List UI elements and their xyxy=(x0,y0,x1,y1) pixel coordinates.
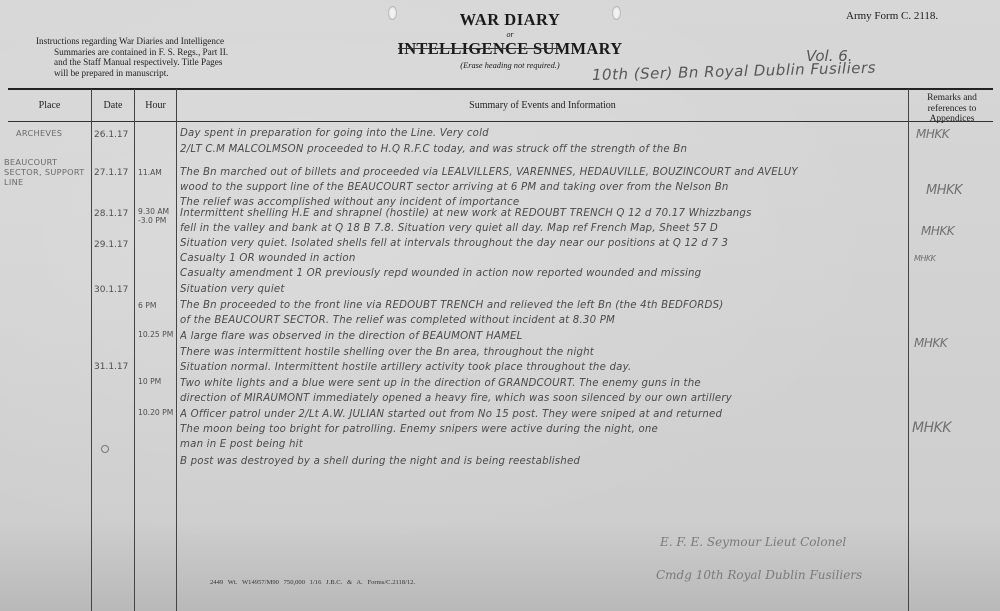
instructions-line: will be prepared in manuscript. xyxy=(36,68,272,79)
hour-entry: 10.25 PM xyxy=(138,331,176,340)
summary-line: Two white lights and a blue were sent up… xyxy=(180,378,902,389)
ink-mark xyxy=(101,445,109,453)
summary-line: A Officer patrol under 2/Lt A.W. JULIAN … xyxy=(180,409,902,420)
hour-entry: 6 PM xyxy=(138,302,176,311)
remark-initials: MHKK xyxy=(926,183,962,198)
column-divider xyxy=(91,89,92,611)
instructions-text: Instructions regarding War Diaries and I… xyxy=(36,36,272,78)
column-divider xyxy=(134,89,135,611)
column-header-date: Date xyxy=(92,100,134,111)
header-rule xyxy=(8,88,993,90)
remark-initials: MHKK xyxy=(912,420,951,436)
summary-line: Casualty amendment 1 OR previously repd … xyxy=(180,268,902,279)
date-entry: 29.1.17 xyxy=(94,240,134,250)
summary-line: Situation very quiet. Isolated shells fe… xyxy=(180,238,902,249)
column-header-hour: Hour xyxy=(135,100,176,111)
remark-initials: MHKK xyxy=(921,224,954,238)
date-entry: 26.1.17 xyxy=(94,130,134,140)
summary-line: The relief was accomplished without any … xyxy=(180,197,902,208)
form-title: WAR DIARY or INTELLIGENCE SUMMARY (Erase… xyxy=(370,10,650,70)
summary-line: Situation normal. Intermittent hostile a… xyxy=(180,362,902,373)
remark-initials: MHKK xyxy=(916,127,949,141)
summary-line: fell in the valley and bank at Q 18 B 7.… xyxy=(180,223,902,234)
strike-through xyxy=(398,48,561,49)
summary-line: Day spent in preparation for going into … xyxy=(180,128,902,139)
summary-line: Intermittent shelling H.E and shrapnel (… xyxy=(180,208,902,219)
summary-line: The moon being too bright for patrolling… xyxy=(180,424,902,435)
summary-line: of the BEAUCOURT SECTOR. The relief was … xyxy=(180,315,902,326)
hour-entry: 10 PM xyxy=(138,378,176,387)
date-entry: 27.1.17 xyxy=(94,168,134,178)
place-entry: BEAUCOURT SECTOR, SUPPORT LINE xyxy=(4,157,90,187)
hour-entry: 10.20 PM xyxy=(138,409,176,418)
summary-line: direction of MIRAUMONT immediately opene… xyxy=(180,393,902,404)
army-form-number: Army Form C. 2118. xyxy=(846,10,938,22)
summary-line: Casualty 1 OR wounded in action xyxy=(180,253,902,264)
column-header-remarks: Remarks and references to Appendices xyxy=(908,93,996,125)
signature-name: E. F. E. Seymour Lieut Colonel xyxy=(660,535,846,549)
war-diary-page: Instructions regarding War Diaries and I… xyxy=(0,0,1000,611)
column-header-rule xyxy=(8,121,993,122)
column-header-place: Place xyxy=(8,100,91,111)
summary-line: 2/LT C.M MALCOLMSON proceeded to H.Q R.F… xyxy=(180,144,902,155)
date-entry: 30.1.17 xyxy=(94,285,134,295)
title-war-diary: WAR DIARY xyxy=(370,10,650,30)
remark-initials: MHKK xyxy=(914,254,935,263)
column-header-summary: Summary of Events and Information xyxy=(177,100,908,111)
summary-line: man in E post being hit xyxy=(180,439,902,450)
hour-entry: 9.30 AM -3.0 PM xyxy=(138,208,174,225)
date-entry: 31.1.17 xyxy=(94,362,134,372)
column-divider xyxy=(176,89,177,611)
instructions-line: and the Staff Manual respectively. Title… xyxy=(36,57,272,68)
summary-line: B post was destroyed by a shell during t… xyxy=(180,456,902,467)
summary-line: Situation very quiet xyxy=(180,284,902,295)
instructions-line: Instructions regarding War Diaries and I… xyxy=(36,36,272,47)
instructions-line: Summaries are contained in F. S. Regs., … xyxy=(36,47,272,58)
hour-entry: 11.AM xyxy=(138,169,176,178)
remark-initials: MHKK xyxy=(914,336,947,350)
print-line: 2449 Wt. W14957/M90 750,000 1/16 J.B.C. … xyxy=(210,579,415,586)
summary-line: wood to the support line of the BEAUCOUR… xyxy=(180,182,902,193)
title-or: or xyxy=(370,30,650,39)
title-intelligence-summary: INTELLIGENCE SUMMARY xyxy=(398,39,623,59)
column-divider xyxy=(908,89,909,611)
summary-line: The Bn marched out of billets and procee… xyxy=(180,167,902,178)
summary-line: The Bn proceeded to the front line via R… xyxy=(180,300,902,311)
signature-title: Cmdg 10th Royal Dublin Fusiliers xyxy=(656,568,862,582)
date-entry: 28.1.17 xyxy=(94,209,134,219)
summary-line: A large flare was observed in the direct… xyxy=(180,331,902,342)
summary-line: There was intermittent hostile shelling … xyxy=(180,347,902,358)
place-entry: ARCHEVES xyxy=(16,128,62,138)
